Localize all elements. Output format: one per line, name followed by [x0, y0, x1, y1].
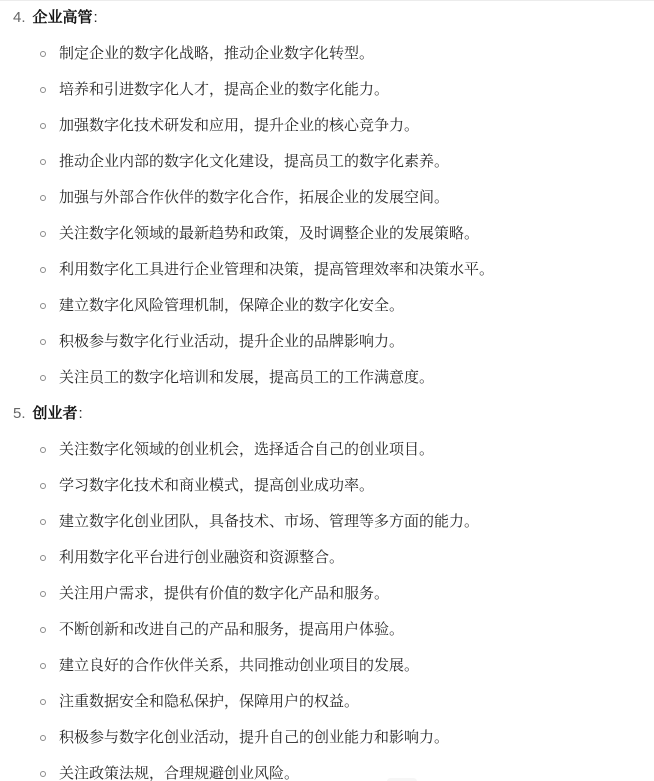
circle-bullet-icon: [40, 771, 46, 777]
list-item: 关注数字化领域的创业机会，选择适合自己的创业项目。: [13, 439, 638, 461]
sub-list: 制定企业的数字化战略，推动企业数字化转型。 培养和引进数字化人才，提高企业的数字…: [13, 43, 638, 389]
list-item: 不断创新和改进自己的产品和服务，提高用户体验。: [13, 619, 638, 641]
section-header: 4.企业高管:: [13, 7, 638, 29]
list-item-text: 推动企业内部的数字化文化建设，提高员工的数字化素养。: [59, 151, 449, 173]
circle-bullet-icon: [40, 735, 46, 741]
list-item-text: 制定企业的数字化战略，推动企业数字化转型。: [59, 43, 374, 65]
list-item: 学习数字化技术和商业模式，提高创业成功率。: [13, 475, 638, 497]
list-item-text: 建立良好的合作伙伴关系，共同推动创业项目的发展。: [59, 655, 419, 677]
section-title: 创业者: [33, 405, 78, 422]
document-body: 4.企业高管: 制定企业的数字化战略，推动企业数字化转型。 培养和引进数字化人才…: [0, 1, 654, 781]
circle-bullet-icon: [40, 375, 46, 381]
circle-bullet-icon: [40, 555, 46, 561]
list-number: 5.: [13, 405, 26, 422]
circle-bullet-icon: [40, 303, 46, 309]
circle-bullet-icon: [40, 123, 46, 129]
list-item: 关注政策法规，合理规避创业风险。: [13, 763, 638, 781]
circle-bullet-icon: [40, 195, 46, 201]
list-item-text: 积极参与数字化行业活动，提升企业的品牌影响力。: [59, 331, 404, 353]
list-item-text: 关注数字化领域的最新趋势和政策，及时调整企业的发展策略。: [59, 223, 479, 245]
list-section-executives: 4.企业高管: 制定企业的数字化战略，推动企业数字化转型。 培养和引进数字化人才…: [13, 7, 638, 389]
list-item: 加强数字化技术研发和应用，提升企业的核心竞争力。: [13, 115, 638, 137]
section-colon: :: [79, 405, 83, 422]
list-item-text: 建立数字化风险管理机制，保障企业的数字化安全。: [59, 295, 404, 317]
circle-bullet-icon: [40, 663, 46, 669]
circle-bullet-icon: [40, 159, 46, 165]
list-item-text: 不断创新和改进自己的产品和服务，提高用户体验。: [59, 619, 404, 641]
circle-bullet-icon: [40, 627, 46, 633]
list-item-text: 加强数字化技术研发和应用，提升企业的核心竞争力。: [59, 115, 419, 137]
circle-bullet-icon: [40, 519, 46, 525]
circle-bullet-icon: [40, 87, 46, 93]
circle-bullet-icon: [40, 51, 46, 57]
list-item-text: 关注用户需求，提供有价值的数字化产品和服务。: [59, 583, 389, 605]
list-item-text: 培养和引进数字化人才，提高企业的数字化能力。: [59, 79, 389, 101]
list-section-entrepreneurs: 5.创业者: 关注数字化领域的创业机会，选择适合自己的创业项目。 学习数字化技术…: [13, 403, 638, 781]
list-item-text: 建立数字化创业团队，具备技术、市场、管理等多方面的能力。: [59, 511, 479, 533]
list-item: 关注员工的数字化培训和发展，提高员工的工作满意度。: [13, 367, 638, 389]
list-item-text: 利用数字化平台进行创业融资和资源整合。: [59, 547, 344, 569]
list-item-text: 关注政策法规，合理规避创业风险。: [59, 763, 299, 781]
list-item: 积极参与数字化创业活动，提升自己的创业能力和影响力。: [13, 727, 638, 749]
list-item: 建立数字化创业团队，具备技术、市场、管理等多方面的能力。: [13, 511, 638, 533]
circle-bullet-icon: [40, 483, 46, 489]
sub-list: 关注数字化领域的创业机会，选择适合自己的创业项目。 学习数字化技术和商业模式，提…: [13, 439, 638, 781]
list-item-text: 积极参与数字化创业活动，提升自己的创业能力和影响力。: [59, 727, 449, 749]
list-item-text: 注重数据安全和隐私保护，保障用户的权益。: [59, 691, 359, 713]
circle-bullet-icon: [40, 699, 46, 705]
list-item: 积极参与数字化行业活动，提升企业的品牌影响力。: [13, 331, 638, 353]
list-item: 利用数字化平台进行创业融资和资源整合。: [13, 547, 638, 569]
circle-bullet-icon: [40, 267, 46, 273]
section-colon: :: [94, 9, 98, 26]
list-item: 建立良好的合作伙伴关系，共同推动创业项目的发展。: [13, 655, 638, 677]
list-item: 利用数字化工具进行企业管理和决策，提高管理效率和决策水平。: [13, 259, 638, 281]
circle-bullet-icon: [40, 447, 46, 453]
list-item: 建立数字化风险管理机制，保障企业的数字化安全。: [13, 295, 638, 317]
list-number: 4.: [13, 9, 26, 26]
section-header: 5.创业者:: [13, 403, 638, 425]
list-item: 关注用户需求，提供有价值的数字化产品和服务。: [13, 583, 638, 605]
list-item-text: 关注数字化领域的创业机会，选择适合自己的创业项目。: [59, 439, 434, 461]
list-item: 培养和引进数字化人才，提高企业的数字化能力。: [13, 79, 638, 101]
section-title: 企业高管: [33, 9, 93, 26]
list-item: 制定企业的数字化战略，推动企业数字化转型。: [13, 43, 638, 65]
list-item: 注重数据安全和隐私保护，保障用户的权益。: [13, 691, 638, 713]
circle-bullet-icon: [40, 339, 46, 345]
list-item: 推动企业内部的数字化文化建设，提高员工的数字化素养。: [13, 151, 638, 173]
list-item: 关注数字化领域的最新趋势和政策，及时调整企业的发展策略。: [13, 223, 638, 245]
list-item: 加强与外部合作伙伴的数字化合作，拓展企业的发展空间。: [13, 187, 638, 209]
list-item-text: 关注员工的数字化培训和发展，提高员工的工作满意度。: [59, 367, 434, 389]
list-item-text: 加强与外部合作伙伴的数字化合作，拓展企业的发展空间。: [59, 187, 449, 209]
list-item-text: 利用数字化工具进行企业管理和决策，提高管理效率和决策水平。: [59, 259, 494, 281]
circle-bullet-icon: [40, 231, 46, 237]
list-item-text: 学习数字化技术和商业模式，提高创业成功率。: [59, 475, 374, 497]
circle-bullet-icon: [40, 591, 46, 597]
